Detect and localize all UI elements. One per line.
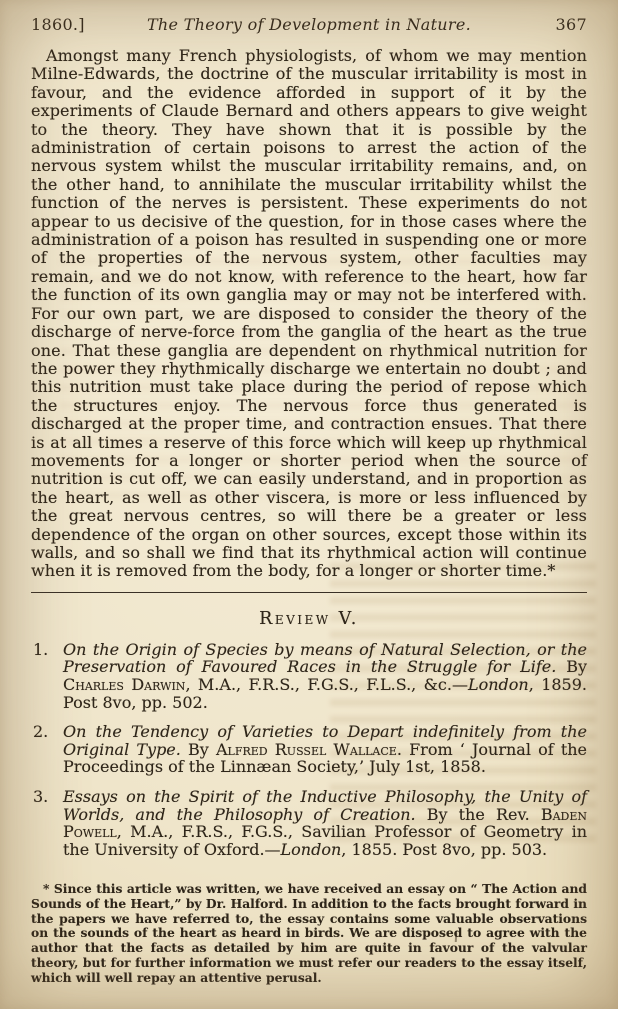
reference-place: London — [281, 840, 342, 859]
reference-credentials: , M.A., F.R.S., F.G.S., F.L.S., &c.— — [185, 675, 468, 694]
header-running-title: The Theory of Development in Nature. — [31, 15, 587, 34]
reference-number: 1. — [33, 641, 48, 659]
reference-imprint: , 1855. Post 8vo, pp. 503. — [341, 840, 547, 859]
book-page-scan: 1860.] The Theory of Development in Natu… — [0, 0, 618, 1009]
reference-by: By — [181, 740, 216, 759]
review-heading: Review V. — [31, 609, 587, 629]
reference-author: Charles Darwin — [63, 675, 185, 694]
reference-place: London — [468, 675, 529, 694]
reference-by: By the Rev. — [416, 805, 541, 824]
reference-item-darwin: 1.On the Origin of Species by means of N… — [31, 641, 587, 711]
article-paragraph: Amongst many French physiologists, of wh… — [31, 47, 587, 581]
footnote: * Since this article was written, we hav… — [31, 882, 587, 985]
reference-list: 1.On the Origin of Species by means of N… — [31, 641, 587, 859]
reference-item-powell: 3.Essays on the Spirit of the Inductive … — [31, 788, 587, 858]
reference-number: 2. — [33, 723, 48, 741]
running-header: 1860.] The Theory of Development in Natu… — [31, 15, 587, 34]
reference-author: Alfred Russel Wallace — [216, 740, 397, 759]
reference-item-wallace: 2.On the Tendency of Varieties to Depart… — [31, 723, 587, 776]
section-divider-rule — [31, 592, 587, 593]
reference-by: By — [556, 657, 587, 676]
reference-title: On the Origin of Species by means of Nat… — [63, 640, 587, 677]
page-content: 1860.] The Theory of Development in Natu… — [0, 0, 618, 1009]
reference-number: 3. — [33, 788, 48, 806]
